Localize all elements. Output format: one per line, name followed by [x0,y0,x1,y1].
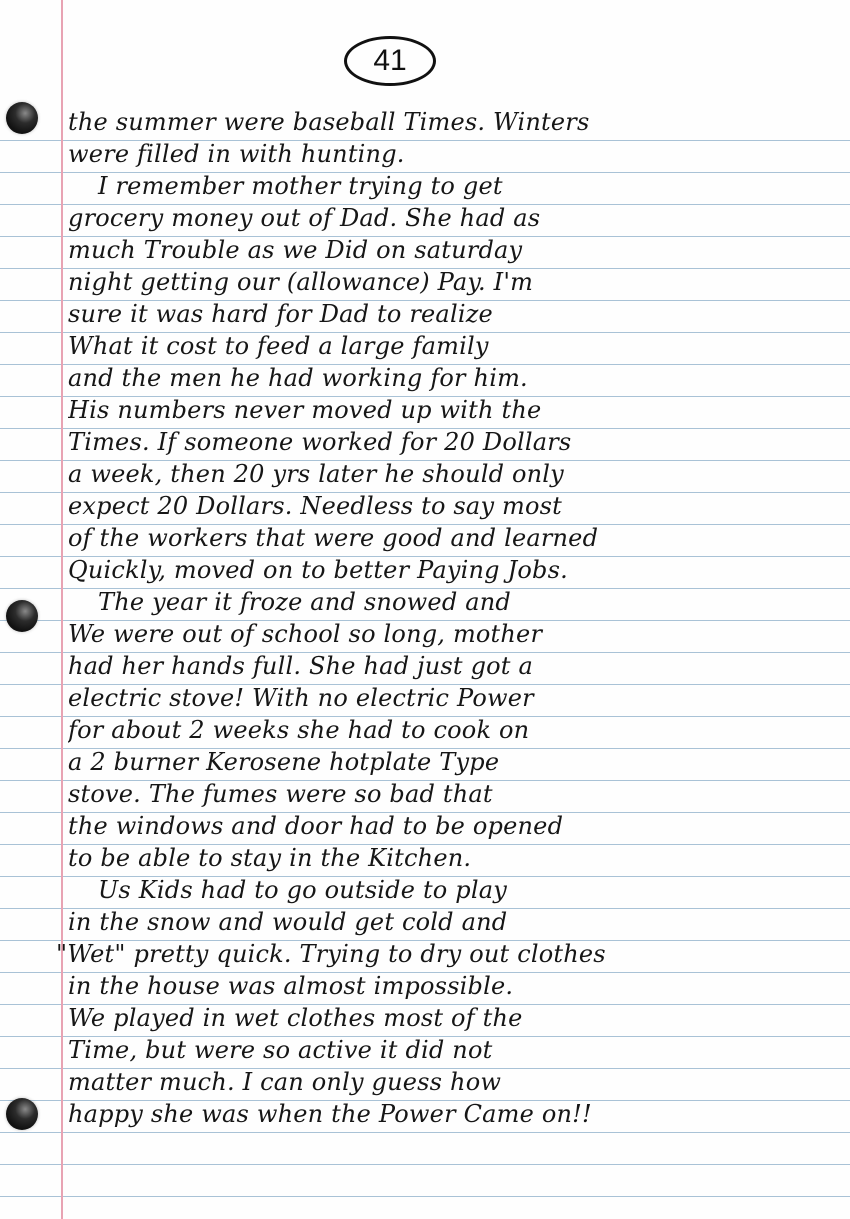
text-line: Us Kids had to go outside to play [68,874,838,906]
text-line: We played in wet clothes most of the [68,1002,838,1034]
text-line: "Wet" pretty quick. Trying to dry out cl… [56,938,838,970]
text-line: Time, but were so active it did not [68,1034,838,1066]
text-line: a week, then 20 yrs later he should only [68,458,838,490]
notebook-page: 41 the summer were baseball Times. Winte… [0,0,850,1219]
text-line: What it cost to feed a large family [68,330,838,362]
text-line: We were out of school so long, mother [68,618,838,650]
text-line: Quickly, moved on to better Paying Jobs. [68,554,838,586]
text-line: night getting our (allowance) Pay. I'm [68,266,838,298]
text-line: sure it was hard for Dad to realize [68,298,838,330]
punch-hole-icon [6,102,38,134]
text-line: were filled in with hunting. [68,138,838,170]
text-line: expect 20 Dollars. Needless to say most [68,490,838,522]
text-line: in the snow and would get cold and [68,906,838,938]
text-line: the windows and door had to be opened [68,810,838,842]
punch-hole-icon [6,600,38,632]
text-line: electric stove! With no electric Power [68,682,838,714]
text-line: The year it froze and snowed and [68,586,838,618]
text-line: stove. The fumes were so bad that [68,778,838,810]
text-line: I remember mother trying to get [68,170,838,202]
text-line: in the house was almost impossible. [68,970,838,1002]
text-line: for about 2 weeks she had to cook on [68,714,838,746]
handwritten-text: the summer were baseball Times. Wintersw… [68,110,838,1134]
text-line: a 2 burner Kerosene hotplate Type [68,746,838,778]
text-line: His numbers never moved up with the [68,394,838,426]
text-line: to be able to stay in the Kitchen. [68,842,838,874]
punch-hole-icon [6,1098,38,1130]
text-line: matter much. I can only guess how [68,1066,838,1098]
text-line: of the workers that were good and learne… [68,522,838,554]
text-line: had her hands full. She had just got a [68,650,838,682]
page-number: 41 [344,36,436,86]
text-line: and the men he had working for him. [68,362,838,394]
text-line: much Trouble as we Did on saturday [68,234,838,266]
text-line: happy she was when the Power Came on!! [68,1098,838,1130]
text-line: Times. If someone worked for 20 Dollars [68,426,838,458]
text-line: the summer were baseball Times. Winters [68,106,838,138]
text-line: grocery money out of Dad. She had as [68,202,838,234]
margin-line [61,0,63,1219]
